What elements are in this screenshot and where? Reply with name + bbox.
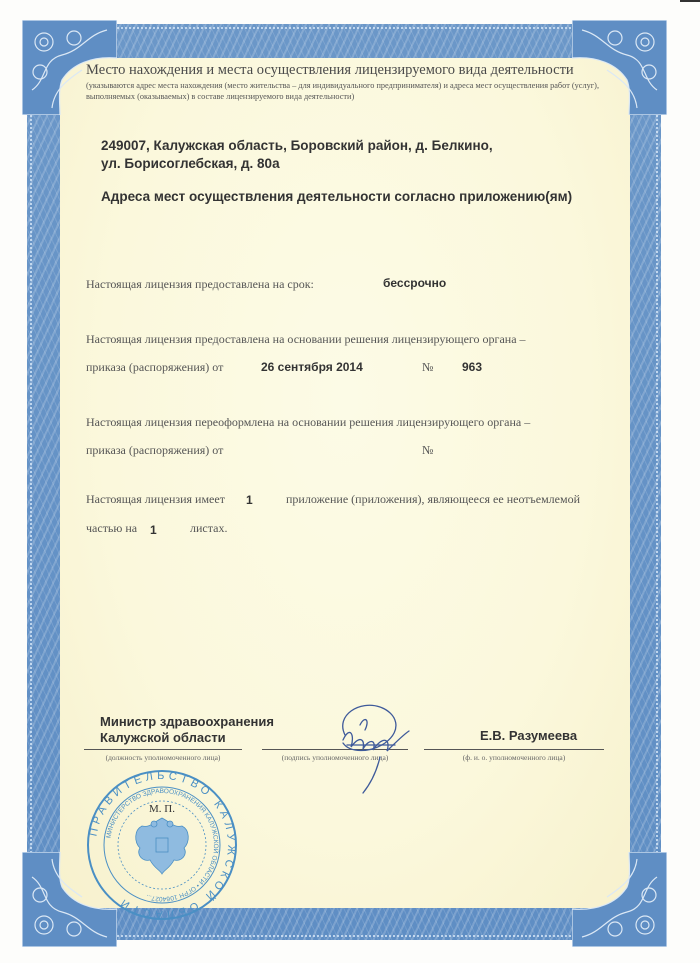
scan-edge-strip bbox=[680, 0, 700, 2]
granted-number-sign: № bbox=[422, 360, 433, 375]
signatory-position-line: Министр здравоохранения bbox=[100, 714, 274, 730]
places-note: Адреса мест осуществления деятельности с… bbox=[101, 189, 572, 204]
handwritten-signature-icon bbox=[325, 695, 415, 795]
reissued-order-label: приказа (распоряжения) от bbox=[86, 443, 223, 458]
position-caption: (должность уполномоченного лица) bbox=[84, 753, 242, 762]
appendix-sheets-unit: листах. bbox=[190, 521, 227, 536]
address-block: 249007, Калужская область, Боровский рай… bbox=[101, 137, 493, 173]
appendix-label-cont: приложение (приложения), являющееся ее н… bbox=[286, 492, 580, 507]
name-caption: (ф. и. о. уполномоченного лица) bbox=[424, 753, 604, 762]
svg-text:М. П.: М. П. bbox=[149, 803, 175, 815]
name-underline bbox=[424, 749, 604, 750]
reissued-number-sign: № bbox=[422, 443, 433, 458]
granted-order-label: приказа (распоряжения) от bbox=[86, 360, 223, 375]
section-note-line: выполняемых (оказываемых) в составе лице… bbox=[86, 91, 599, 102]
signatory-position: Министр здравоохранения Калужской област… bbox=[100, 714, 274, 746]
signatory-position-line: Калужской области bbox=[100, 730, 274, 746]
official-seal: ПРАВИТЕЛЬСТВО КАЛУЖСКОЙ ОБЛАСТИ МИНИСТЕР… bbox=[82, 770, 242, 920]
section-note: (указываются адрес места нахождения (мес… bbox=[86, 80, 599, 102]
appendix-label: Настоящая лицензия имеет bbox=[86, 492, 225, 507]
appendix-sheets-label: частью на bbox=[86, 521, 137, 536]
appendix-count: 1 bbox=[246, 493, 253, 507]
term-label: Настоящая лицензия предоставлена на срок… bbox=[86, 277, 314, 292]
reissued-basis-label: Настоящая лицензия переоформлена на осно… bbox=[86, 415, 530, 430]
granted-order-date: 26 сентября 2014 bbox=[261, 360, 363, 374]
address-line: 249007, Калужская область, Боровский рай… bbox=[101, 137, 493, 155]
granted-basis-label: Настоящая лицензия предоставлена на осно… bbox=[86, 332, 526, 347]
position-underline bbox=[84, 749, 242, 750]
appendix-sheets-count: 1 bbox=[150, 523, 157, 537]
section-title: Место нахождения и места осуществления л… bbox=[86, 62, 574, 79]
address-line: ул. Борисоглебская, д. 80а bbox=[101, 155, 493, 173]
corner-ornament-icon bbox=[572, 852, 667, 947]
signatory-name: Е.В. Разумеева bbox=[480, 728, 577, 743]
section-note-line: (указываются адрес места нахождения (мес… bbox=[86, 80, 599, 91]
granted-order-number: 963 bbox=[462, 360, 482, 374]
term-value: бессрочно bbox=[383, 276, 446, 290]
